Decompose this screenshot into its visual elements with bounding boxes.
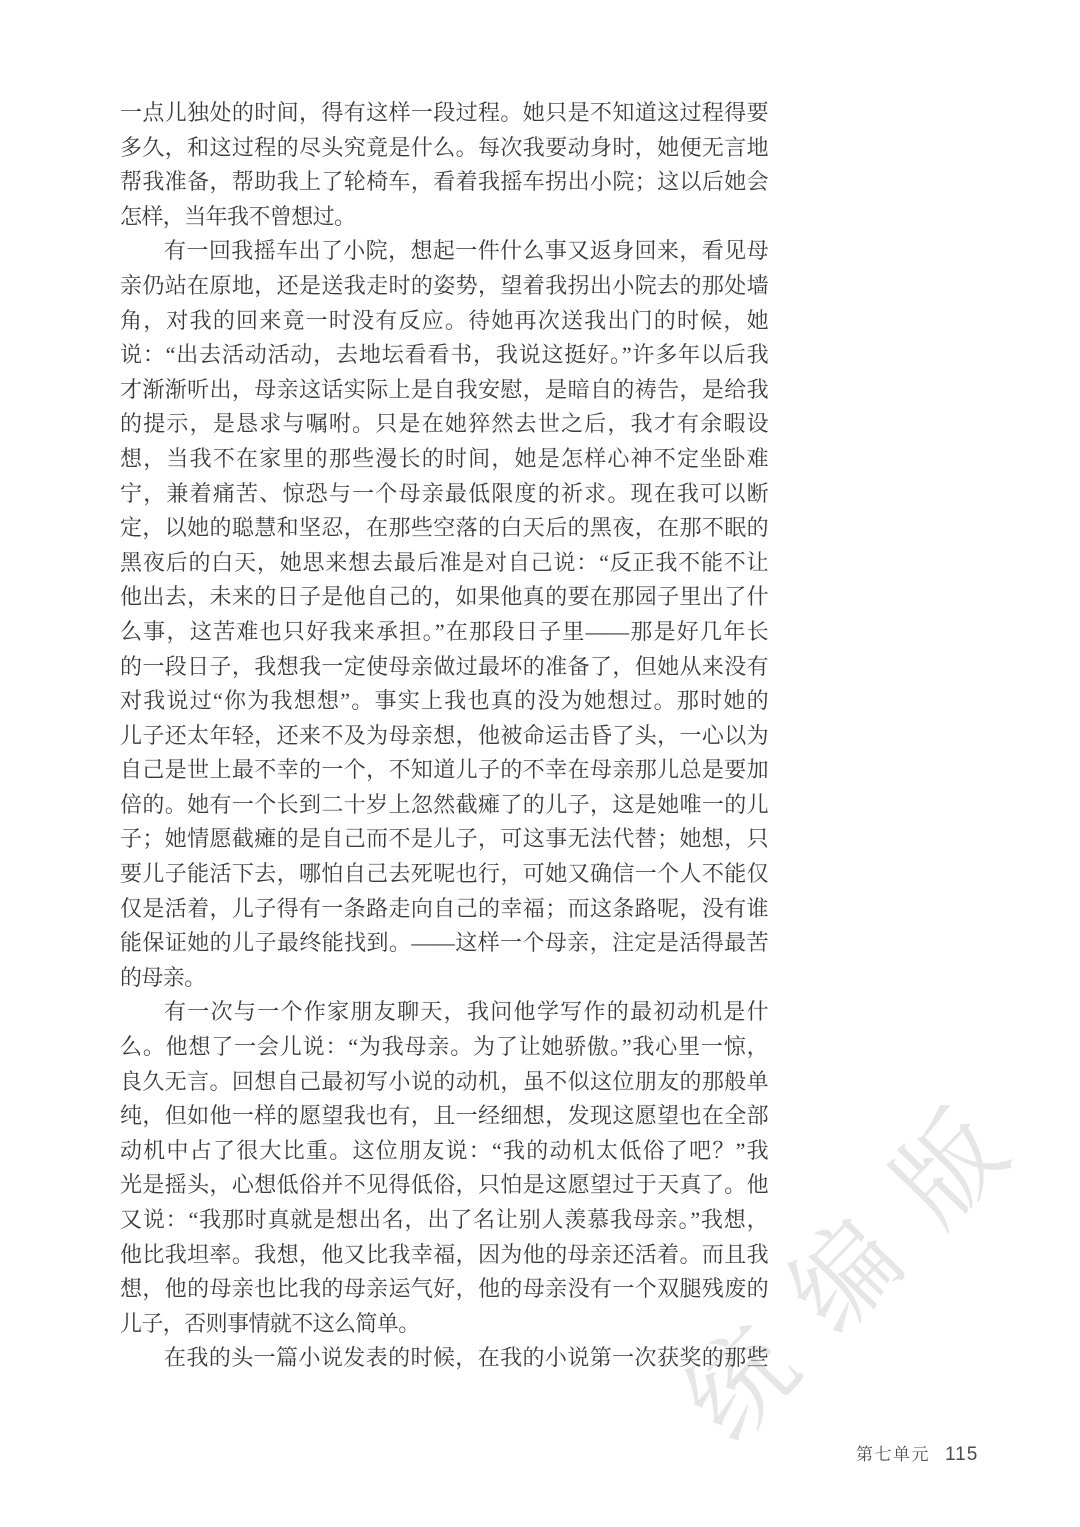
footer-page-number: 115 bbox=[945, 1444, 978, 1466]
text-line: 儿子还太年轻，还来不及为母亲想，他被命运击昏了头，一心以为 bbox=[120, 719, 768, 754]
text-line: 想，当我不在家里的那些漫长的时间，她是怎样心神不定坐卧难 bbox=[120, 442, 768, 477]
text-line: 的提示，是恳求与嘱咐。只是在她猝然去世之后，我才有余暇设 bbox=[120, 407, 768, 442]
text-line: 良久无言。回想自己最初写小说的动机，虽不似这位朋友的那般单 bbox=[120, 1065, 768, 1100]
text-line: 对我说过“你为我想想”。事实上我也真的没为她想过。那时她的 bbox=[120, 684, 768, 719]
text-line: 自己是世上最不幸的一个，不知道儿子的不幸在母亲那儿总是要加 bbox=[120, 753, 768, 788]
book-page: 统编版 一点儿独处的时间，得有这样一段过程。她只是不知道这过程得要 多久，和这过… bbox=[0, 0, 1080, 1527]
text-line: 又说：“我那时真就是想出名，出了名让别人羡慕我母亲。”我想， bbox=[120, 1203, 768, 1238]
text-line: 子；她情愿截瘫的是自己而不是儿子，可这事无法代替；她想，只 bbox=[120, 822, 768, 857]
text-line: 帮我准备，帮助我上了轮椅车，看着我摇车拐出小院；这以后她会 bbox=[120, 165, 768, 200]
text-line: 的母亲。 bbox=[120, 961, 768, 996]
text-line: 说：“出去活动活动，去地坛看看书，我说这挺好。”许多年以后我 bbox=[120, 338, 768, 373]
text-line: 有一次与一个作家朋友聊天，我问他学写作的最初动机是什 bbox=[120, 995, 768, 1030]
text-line: 多久，和这过程的尽头究竟是什么。每次我要动身时，她便无言地 bbox=[120, 131, 768, 166]
text-line: 么事，这苦难也只好我来承担。”在那段日子里——那是好几年长 bbox=[120, 615, 768, 650]
text-line: 光是摇头，心想低俗并不见得低俗，只怕是这愿望过于天真了。他 bbox=[120, 1168, 768, 1203]
footer-unit-label: 第七单元 bbox=[856, 1440, 930, 1465]
text-line: 一点儿独处的时间，得有这样一段过程。她只是不知道这过程得要 bbox=[120, 96, 768, 131]
text-line: 宁，兼着痛苦、惊恐与一个母亲最低限度的祈求。现在我可以断 bbox=[120, 477, 768, 512]
text-line: 的一段日子，我想我一定使母亲做过最坏的准备了，但她从来没有 bbox=[120, 650, 768, 685]
text-line: 他出去，未来的日子是他自己的，如果他真的要在那园子里出了什 bbox=[120, 580, 768, 615]
text-line: 定，以她的聪慧和坚忍，在那些空落的白天后的黑夜，在那不眠的 bbox=[120, 511, 768, 546]
text-line: 有一回我摇车出了小院，想起一件什么事又返身回来，看见母 bbox=[120, 234, 768, 269]
text-line: 在我的头一篇小说发表的时候，在我的小说第一次获奖的那些 bbox=[120, 1341, 768, 1376]
text-line: 儿子，否则事情就不这么简单。 bbox=[120, 1307, 768, 1342]
text-line: 倍的。她有一个长到二十岁上忽然截瘫了的儿子，这是她唯一的儿 bbox=[120, 788, 768, 823]
page-footer: 第七单元 115 bbox=[856, 1440, 978, 1466]
text-line: 要儿子能活下去，哪怕自己去死呢也行，可她又确信一个人不能仅 bbox=[120, 857, 768, 892]
text-line: 能保证她的儿子最终能找到。——这样一个母亲，注定是活得最苦 bbox=[120, 926, 768, 961]
text-line: 么。他想了一会儿说：“为我母亲。为了让她骄傲。”我心里一惊， bbox=[120, 1030, 768, 1065]
body-text: 一点儿独处的时间，得有这样一段过程。她只是不知道这过程得要 多久，和这过程的尽头… bbox=[120, 96, 768, 1376]
text-line: 角，对我的回来竟一时没有反应。待她再次送我出门的时候，她 bbox=[120, 304, 768, 339]
text-line: 亲仍站在原地，还是送我走时的姿势，望着我拐出小院去的那处墙 bbox=[120, 269, 768, 304]
text-line: 他比我坦率。我想，他又比我幸福，因为他的母亲还活着。而且我 bbox=[120, 1238, 768, 1273]
text-line: 想，他的母亲也比我的母亲运气好，他的母亲没有一个双腿残废的 bbox=[120, 1272, 768, 1307]
text-line: 怎样，当年我不曾想过。 bbox=[120, 200, 768, 235]
text-line: 动机中占了很大比重。这位朋友说：“我的动机太低俗了吧？”我 bbox=[120, 1134, 768, 1169]
text-line: 仅是活着，儿子得有一条路走向自己的幸福；而这条路呢，没有谁 bbox=[120, 892, 768, 927]
text-line: 黑夜后的白天，她思来想去最后准是对自己说：“反正我不能不让 bbox=[120, 546, 768, 581]
text-line: 才渐渐听出，母亲这话实际上是自我安慰，是暗自的祷告，是给我 bbox=[120, 373, 768, 408]
text-line: 纯，但如他一样的愿望我也有，且一经细想，发现这愿望也在全部 bbox=[120, 1099, 768, 1134]
